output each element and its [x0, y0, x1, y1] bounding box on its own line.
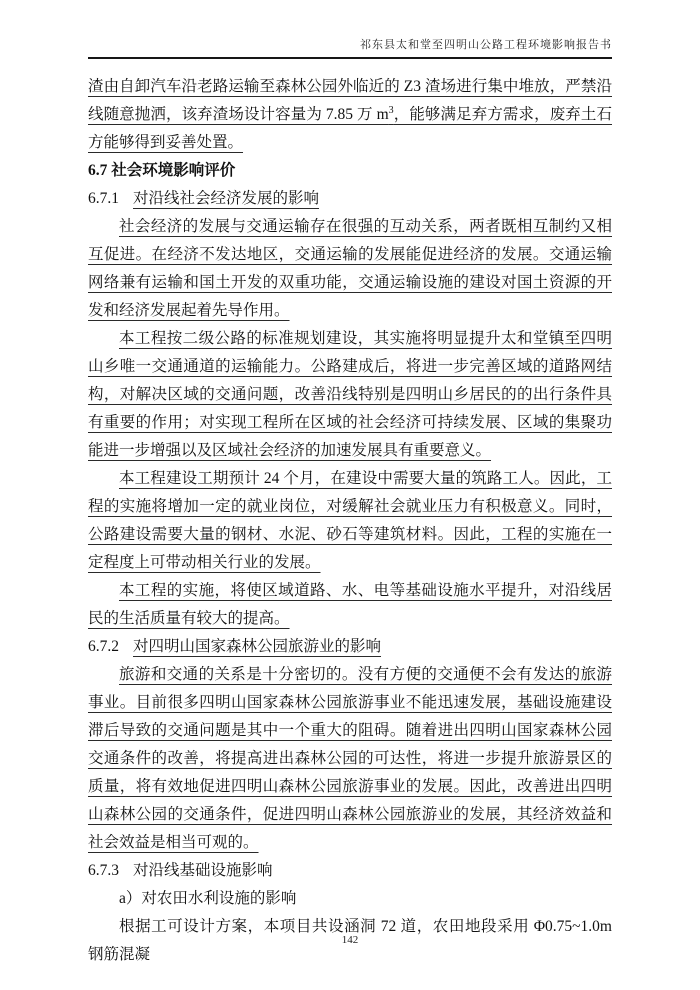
subheading-farmland-water: a）对农田水利设施的影响: [88, 885, 612, 913]
heading-number: 6.7.2: [88, 638, 119, 655]
heading-6-7-1: 6.7.1对沿线社会经济发展的影响: [88, 185, 612, 213]
paragraph-economy-interaction: 社会经济的发展与交通运输存在很强的互动关系，两者既相互制约又相互促进。在经济不发…: [88, 213, 612, 325]
heading-title: 对沿线基础设施影响: [133, 862, 273, 879]
paragraph-construction-period: 本工程建设工期预计 24 个月，在建设中需要大量的筑路工人。因此，工程的实施将增…: [88, 465, 612, 577]
heading-6-7: 6.7 社会环境影响评价: [88, 157, 612, 185]
document-body: 渣由自卸汽车沿老路运输至森林公园外临近的 Z3 渣场进行集中堆放，严禁沿线随意抛…: [88, 73, 612, 969]
header-title: 祁东县太和堂至四明山公路工程环境影响报告书: [88, 36, 612, 57]
paragraph-road-standard: 本工程按二级公路的标准规划建设，其实施将明显提升太和堂镇至四明山乡唯一交通通道的…: [88, 325, 612, 465]
page-header: 祁东县太和堂至四明山公路工程环境影响报告书: [88, 0, 612, 59]
document-page: 祁东县太和堂至四明山公路工程环境影响报告书 渣由自卸汽车沿老路运输至森林公园外临…: [0, 0, 700, 990]
header-rule: [88, 57, 612, 59]
heading-6-7-3: 6.7.3对沿线基础设施影响: [88, 857, 612, 885]
paragraph-tourism: 旅游和交通的关系是十分密切的。没有方便的交通便不会有发达的旅游事业。目前很多四明…: [88, 661, 612, 857]
heading-title: 对沿线社会经济发展的影响: [133, 190, 319, 207]
heading-number: 6.7.1: [88, 190, 119, 207]
page-footer: 142: [0, 934, 700, 946]
heading-number: 6.7.3: [88, 862, 119, 879]
paragraph-waste-disposal: 渣由自卸汽车沿老路运输至森林公园外临近的 Z3 渣场进行集中堆放，严禁沿线随意抛…: [88, 73, 612, 157]
page-number: 142: [0, 934, 700, 946]
paragraph-infrastructure-improve: 本工程的实施，将使区域道路、水、电等基础设施水平提升，对沿线居民的生活质量有较大…: [88, 577, 612, 633]
heading-title: 对四明山国家森林公园旅游业的影响: [133, 638, 381, 655]
heading-6-7-2: 6.7.2对四明山国家森林公园旅游业的影响: [88, 633, 612, 661]
